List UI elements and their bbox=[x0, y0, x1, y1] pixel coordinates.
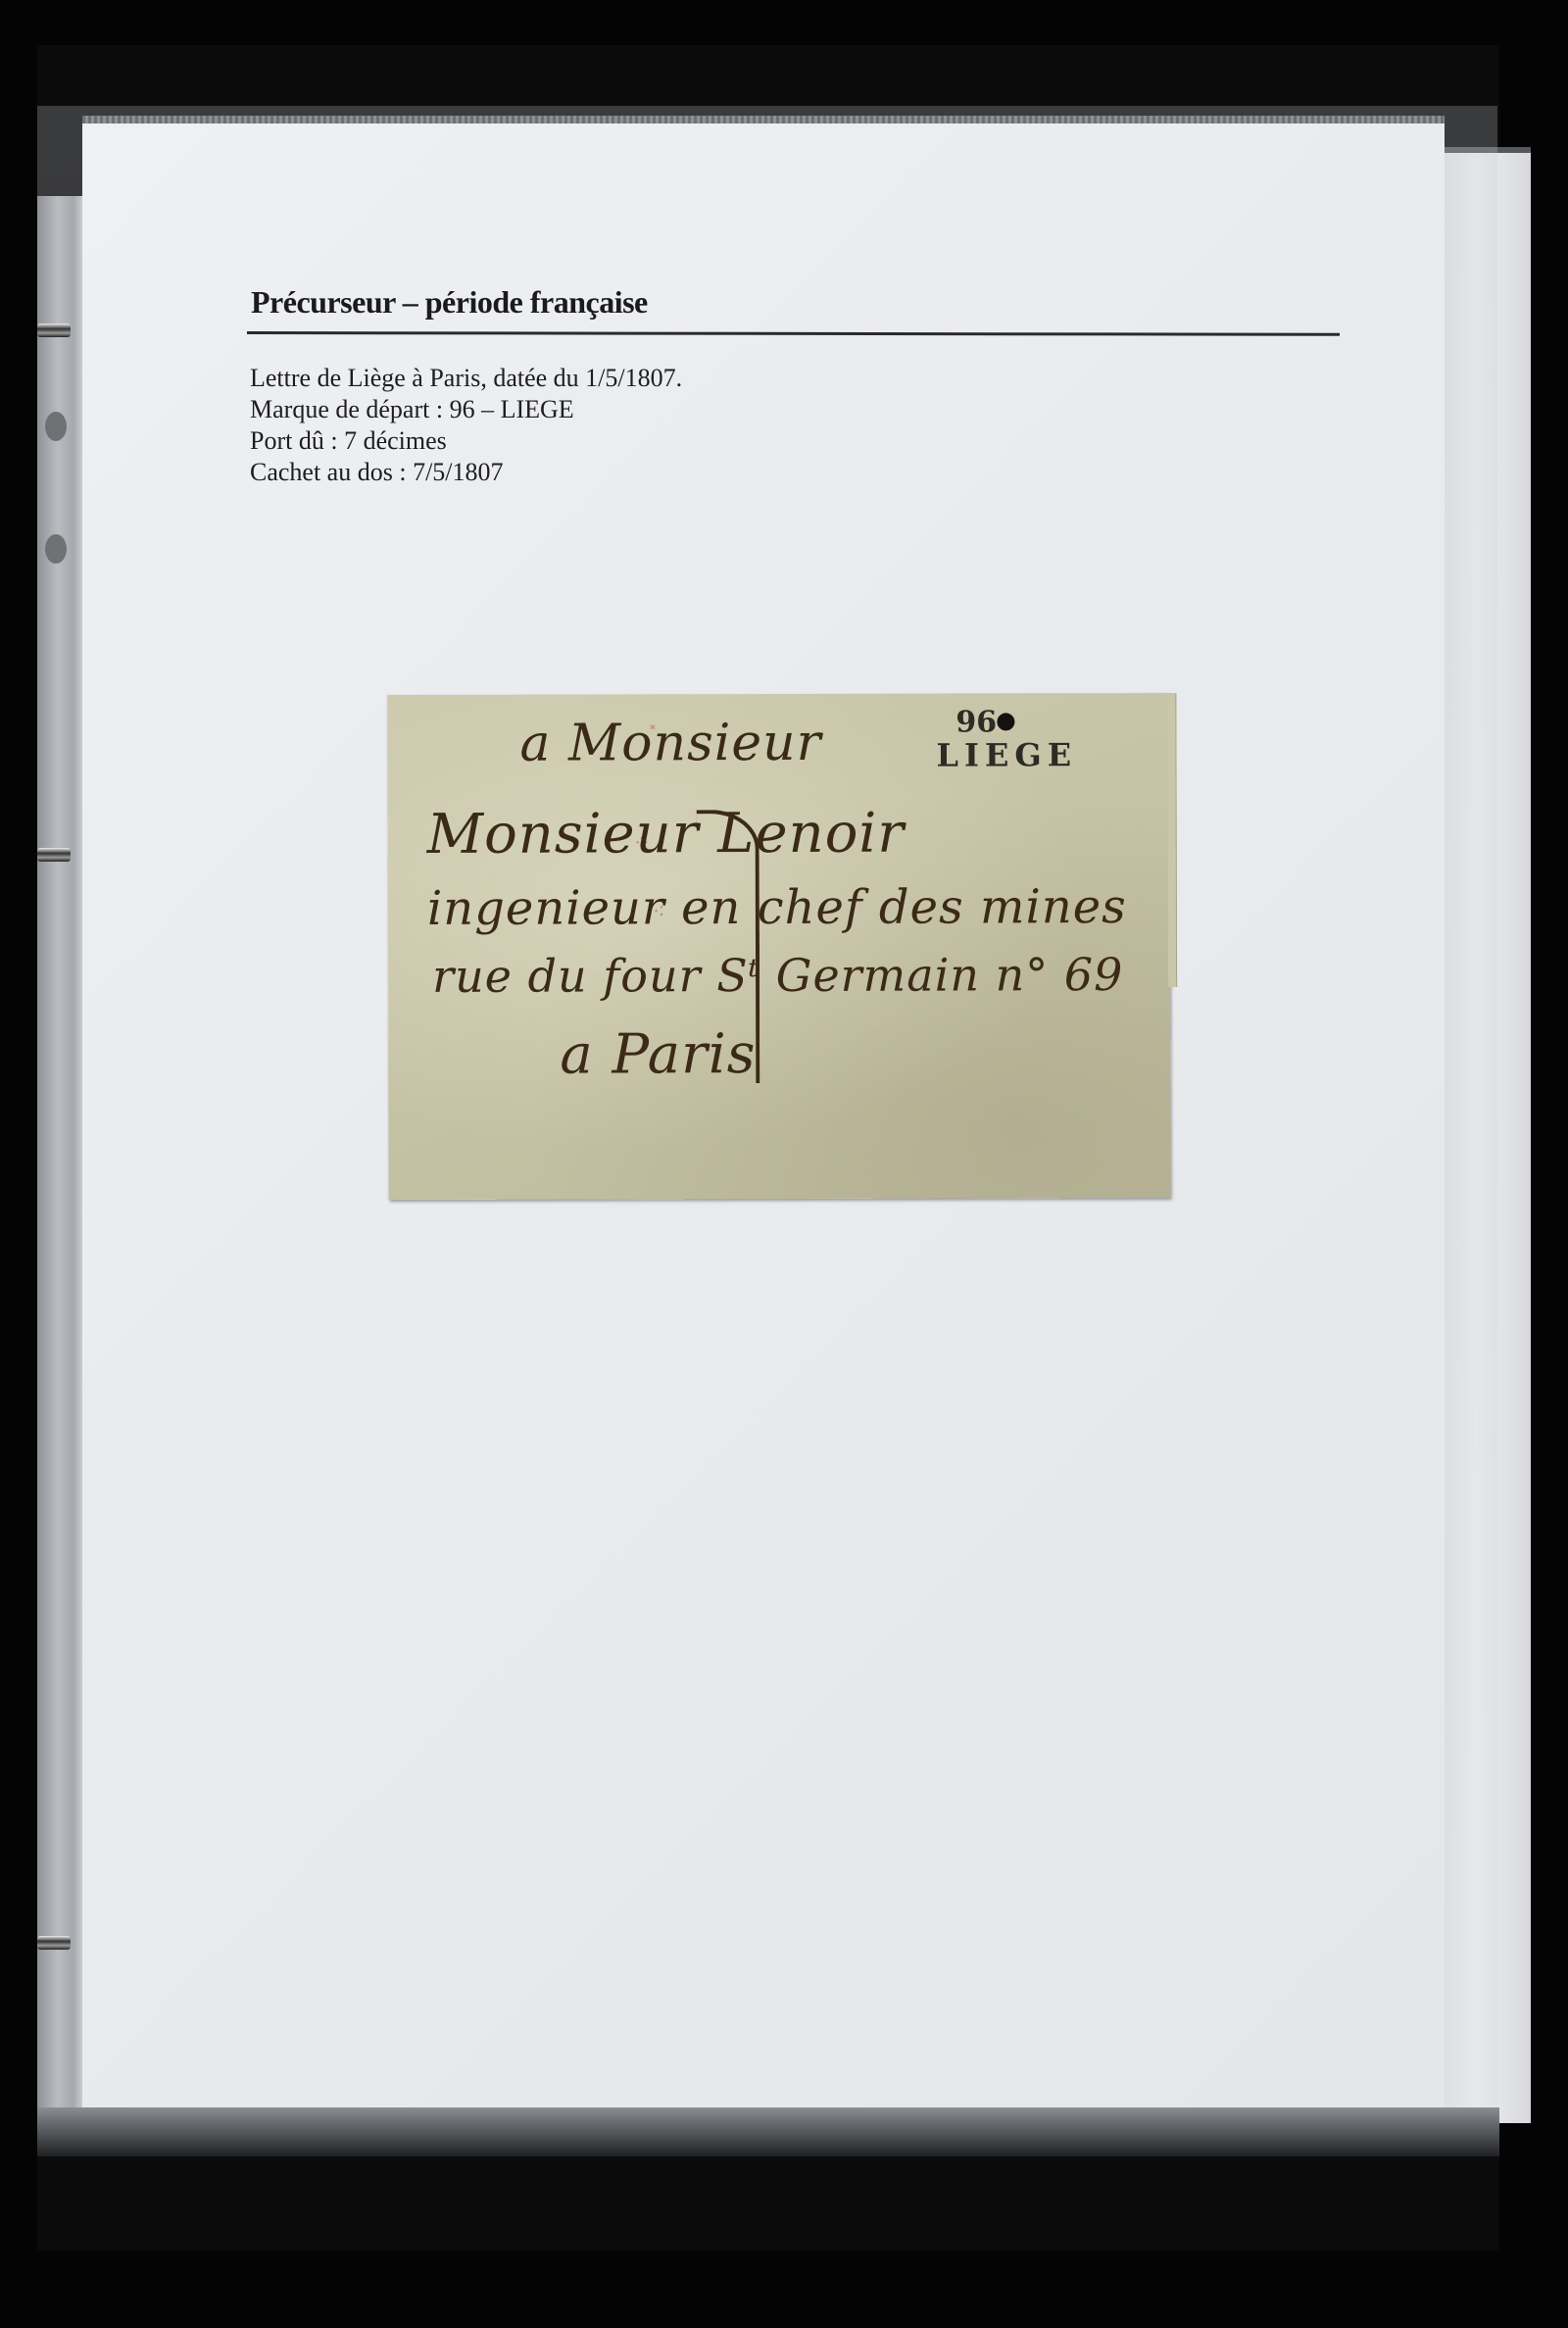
title-divider bbox=[247, 331, 1340, 336]
album-page: Précurseur – période française Lettre de… bbox=[82, 116, 1445, 2127]
letter-fold-flap bbox=[1167, 693, 1177, 987]
note-line: Cachet au dos : 7/5/1807 bbox=[250, 457, 682, 488]
note-line: Port dû : 7 décimes bbox=[250, 425, 682, 457]
postmark-dot bbox=[997, 713, 1014, 730]
binder-ring bbox=[37, 848, 71, 862]
address-line-4: rue du four Sᵗ Germain n° 69 bbox=[432, 948, 1123, 1003]
punch-hole bbox=[45, 412, 67, 441]
binder-ring bbox=[37, 323, 71, 337]
postmark-number: 96 bbox=[955, 705, 997, 739]
note-line: Lettre de Liège à Paris, datée du 1/5/18… bbox=[250, 363, 682, 394]
description-notes: Lettre de Liège à Paris, datée du 1/5/18… bbox=[250, 363, 682, 488]
historic-letter: ˟ ⁘ ⁖ a Monsieur 96 LIEGE Monsieur Lenoi… bbox=[387, 693, 1170, 1200]
sleeve-punched-edge bbox=[37, 196, 82, 2147]
address-line-3: ingenieur en chef des mines bbox=[427, 879, 1127, 936]
sleeve-bottom-edge bbox=[37, 2107, 1499, 2156]
postmark-town: LIEGE bbox=[936, 736, 1077, 773]
address-line-1: a Monsieur bbox=[519, 714, 821, 773]
punch-hole bbox=[45, 534, 67, 564]
address-line-2: Monsieur Lenoir bbox=[427, 802, 906, 867]
address-line-5: a Paris bbox=[560, 1022, 756, 1087]
note-line: Marque de départ : 96 – LIEGE bbox=[250, 394, 682, 425]
page-title: Précurseur – période française bbox=[251, 284, 648, 321]
binder-ring bbox=[37, 1936, 71, 1950]
